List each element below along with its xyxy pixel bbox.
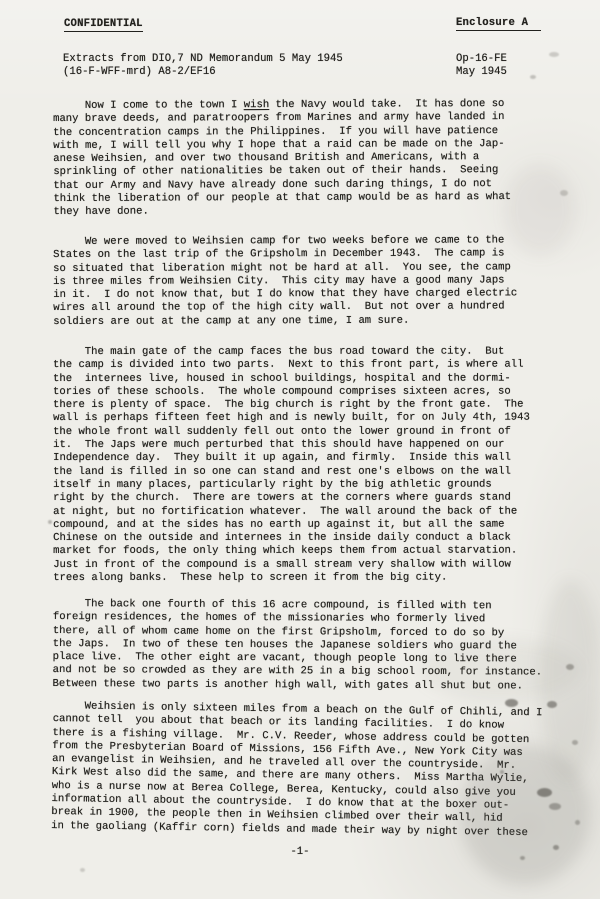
page-number: -1- <box>0 846 600 859</box>
classification-text: CONFIDENTIAL <box>64 18 143 32</box>
reference-code: Op-16-FE <box>456 53 507 66</box>
ink-speck <box>80 868 85 872</box>
classification-stamp: CONFIDENTIAL <box>64 18 143 32</box>
ink-speck <box>575 820 580 825</box>
paragraph-2: We were moved to Weihsien camp for two w… <box>53 234 573 329</box>
paragraph-1-before: Now I come to the town I <box>53 99 244 112</box>
reference-date: May 1945 <box>456 66 507 79</box>
source-line-2: (16-F-WFF-mrd) A8-2/EF16 <box>63 66 216 79</box>
document-page: CONFIDENTIAL Enclosure A Extracts from D… <box>0 0 600 899</box>
paragraph-1-after: the Navy would take. It has done so many… <box>53 98 511 218</box>
paragraph-3: The main gate of the camp faces the bus … <box>53 346 573 586</box>
ink-speck <box>549 52 559 57</box>
paragraph-1: Now I come to the town I wish the Navy w… <box>53 98 574 220</box>
paragraph-4: The back one fourth of this 16 acre comp… <box>53 598 573 694</box>
ink-speck <box>48 520 52 524</box>
enclosure-text: Enclosure A <box>456 17 541 31</box>
paragraph-5: Weihsien is only sixteen miles from a be… <box>51 700 573 841</box>
underlined-word-wish: wish <box>244 99 269 111</box>
ink-speck <box>572 740 578 745</box>
source-line-1: Extracts from DIO,7 ND Memorandum 5 May … <box>63 53 343 66</box>
enclosure-label: Enclosure A <box>456 17 541 31</box>
ink-speck <box>530 75 536 79</box>
